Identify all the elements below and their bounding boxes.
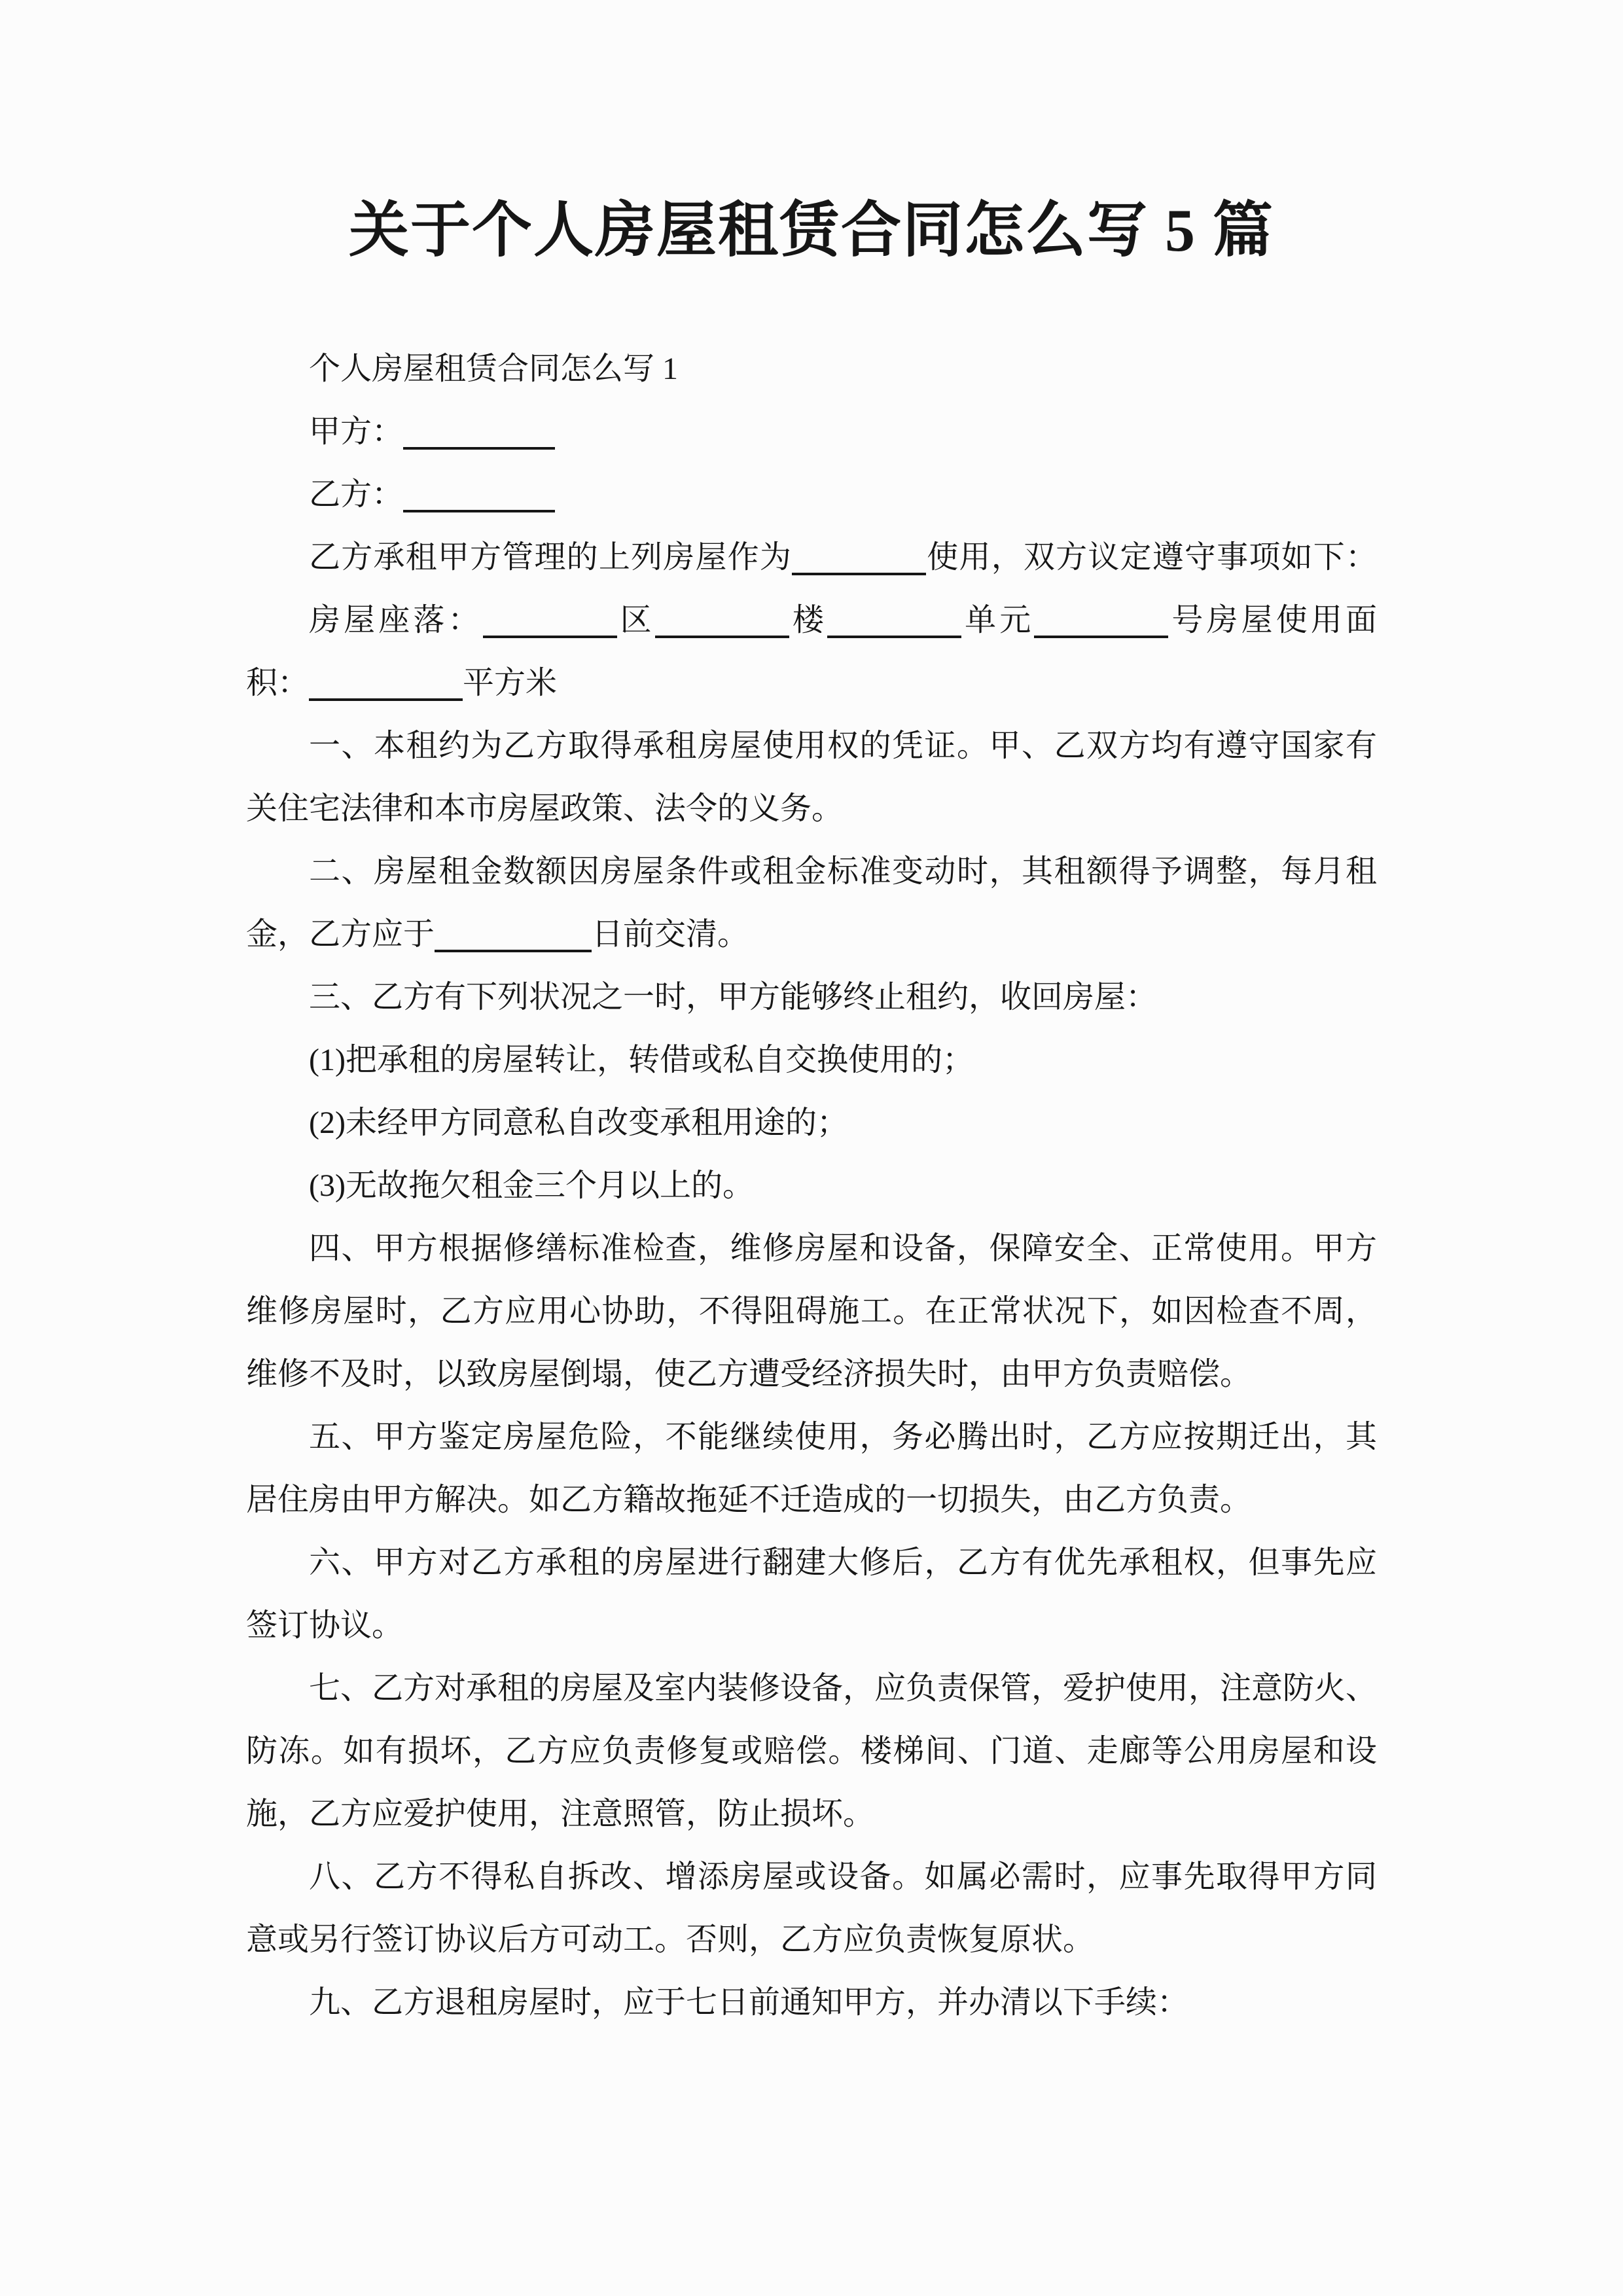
contract-line: 乙方承租甲方管理的上列房屋作为使用，双方议定遵守事项如下： <box>246 526 1377 589</box>
contract-line: 五、甲方鉴定房屋危险，不能继续使用，务必腾出时，乙方应按期迁出，其 <box>246 1406 1377 1469</box>
fill-in-blank <box>792 564 926 575</box>
contract-line: 七、乙方对承租的房屋及室内装修设备，应负责保管，爱护使用，注意防火、 <box>246 1657 1377 1720</box>
fill-in-blank <box>309 689 463 701</box>
contract-line: 防冻。如有损坏，乙方应负责修复或赔偿。楼梯间、门道、走廊等公用房屋和设 <box>246 1720 1377 1783</box>
party-b-line: 乙方： <box>246 463 1377 526</box>
contract-line: 维修不及时，以致房屋倒塌，使乙方遭受经济损失时，由甲方负责赔偿。 <box>246 1343 1377 1406</box>
contract-line: 一、本租约为乙方取得承租房屋使用权的凭证。甲、乙双方均有遵守国家有 <box>246 715 1377 778</box>
party-a-line: 甲方： <box>246 401 1377 463</box>
contract-line: 签订协议。 <box>246 1594 1377 1657</box>
contract-line: 三、乙方有下列状况之一时，甲方能够终止租约，收回房屋： <box>246 966 1377 1029</box>
contract-line: 金，乙方应于日前交清。 <box>246 903 1377 966</box>
contract-line: 关住宅法律和本市房屋政策、法令的义务。 <box>246 778 1377 840</box>
contract-line: 八、乙方不得私自拆改、增添房屋或设备。如属必需时，应事先取得甲方同 <box>246 1846 1377 1909</box>
contract-line: 居住房由甲方解决。如乙方籍故拖延不迁造成的一切损失，由乙方负责。 <box>246 1469 1377 1532</box>
contract-line: 维修房屋时，乙方应用心协助，不得阻碍施工。在正常状况下，如因检查不周， <box>246 1280 1377 1343</box>
document-page: 关于个人房屋租赁合同怎么写 5 篇 个人房屋租赁合同怎么写 1甲方：乙方：乙方承… <box>0 0 1623 2296</box>
contract-line: 施，乙方应爱护使用，注意照管，防止损坏。 <box>246 1783 1377 1846</box>
fill-in-blank <box>403 501 555 512</box>
contract-line: 意或另行签订协议后方可动工。否则，乙方应负责恢复原状。 <box>246 1909 1377 1971</box>
contract-line: 六、甲方对乙方承租的房屋进行翻建大修后，乙方有优先承租权，但事先应 <box>246 1532 1377 1594</box>
document-title: 关于个人房屋租赁合同怎么写 5 篇 <box>0 193 1623 268</box>
contract-line: (1)把承租的房屋转让，转借或私自交换使用的； <box>246 1029 1377 1092</box>
section-heading: 个人房屋租赁合同怎么写 1 <box>246 338 1377 401</box>
fill-in-blank <box>1034 626 1168 638</box>
contract-line: 积：平方米 <box>246 652 1377 715</box>
contract-line: 九、乙方退租房屋时，应于七日前通知甲方，并办清以下手续： <box>246 1971 1377 2034</box>
fill-in-blank <box>483 626 617 638</box>
contract-line: 四、甲方根据修缮标准检查，维修房屋和设备，保障安全、正常使用。甲方 <box>246 1217 1377 1280</box>
contract-line: 二、房屋租金数额因房屋条件或租金标准变动时，其租额得予调整，每月租 <box>246 840 1377 903</box>
document-body: 个人房屋租赁合同怎么写 1甲方：乙方：乙方承租甲方管理的上列房屋作为使用，双方议… <box>246 338 1377 2034</box>
contract-line: (3)无故拖欠租金三个月以上的。 <box>246 1155 1377 1217</box>
fill-in-blank <box>827 626 961 638</box>
fill-in-blank <box>403 438 555 450</box>
contract-line: 房屋座落：区楼单元号房屋使用面 <box>246 589 1377 652</box>
fill-in-blank <box>435 941 592 952</box>
fill-in-blank <box>655 626 789 638</box>
contract-line: (2)未经甲方同意私自改变承租用途的； <box>246 1092 1377 1155</box>
